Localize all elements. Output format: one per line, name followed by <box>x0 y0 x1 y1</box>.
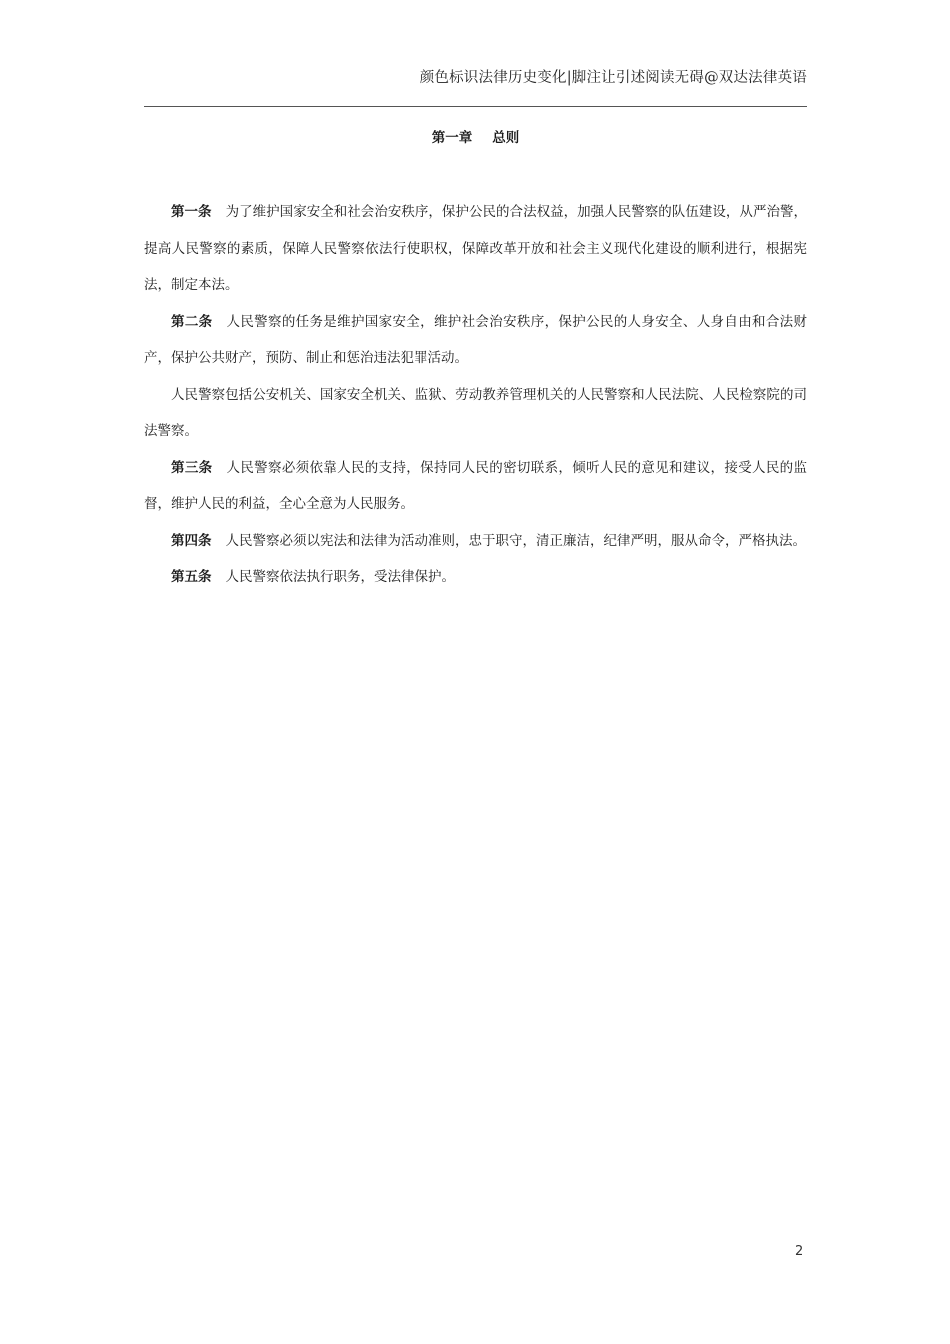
article-text: 人民警察的任务是维护国家安全，维护社会治安秩序，保护公民的人身安全、人身自由和合… <box>144 314 807 367</box>
article-1: 第一条为了维护国家安全和社会治安秩序，保护公民的合法权益，加强人民警察的队伍建设… <box>144 194 807 304</box>
article-4: 第四条人民警察必须以宪法和法律为活动准则，忠于职守，清正廉洁，纪律严明，服从命令… <box>144 523 807 560</box>
page-number: 2 <box>795 1244 803 1259</box>
article-2: 第二条人民警察的任务是维护国家安全，维护社会治安秩序，保护公民的人身安全、人身自… <box>144 304 807 377</box>
article-2-clause-2: 人民警察包括公安机关、国家安全机关、监狱、劳动教养管理机关的人民警察和人民法院、… <box>144 377 807 450</box>
article-label: 第二条 <box>171 314 213 330</box>
article-text: 人民警察依法执行职务，受法律保护。 <box>226 569 456 585</box>
document-body: 第一条为了维护国家安全和社会治安秩序，保护公民的合法权益，加强人民警察的队伍建设… <box>144 194 807 596</box>
header-divider <box>144 106 807 107</box>
article-label: 第三条 <box>171 460 213 476</box>
chapter-number: 第一章 <box>432 130 473 146</box>
article-label: 第五条 <box>171 569 212 585</box>
article-text: 人民警察必须依靠人民的支持，保持同人民的密切联系，倾听人民的意见和建议，接受人民… <box>144 460 807 513</box>
article-5: 第五条人民警察依法执行职务，受法律保护。 <box>144 559 807 596</box>
article-label: 第四条 <box>171 533 212 549</box>
chapter-heading: 第一章总则 <box>144 126 807 146</box>
article-text: 人民警察包括公安机关、国家安全机关、监狱、劳动教养管理机关的人民警察和人民法院、… <box>144 387 807 440</box>
article-3: 第三条人民警察必须依靠人民的支持，保持同人民的密切联系，倾听人民的意见和建议，接… <box>144 450 807 523</box>
running-header: 颜色标识法律历史变化|脚注让引述阅读无碍@双达法律英语 <box>144 66 807 87</box>
article-text: 人民警察必须以宪法和法律为活动准则，忠于职守，清正廉洁，纪律严明，服从命令，严格… <box>226 533 807 549</box>
article-text: 为了维护国家安全和社会治安秩序，保护公民的合法权益，加强人民警察的队伍建设，从严… <box>144 204 807 293</box>
chapter-title: 总则 <box>492 130 519 146</box>
article-label: 第一条 <box>171 204 212 220</box>
